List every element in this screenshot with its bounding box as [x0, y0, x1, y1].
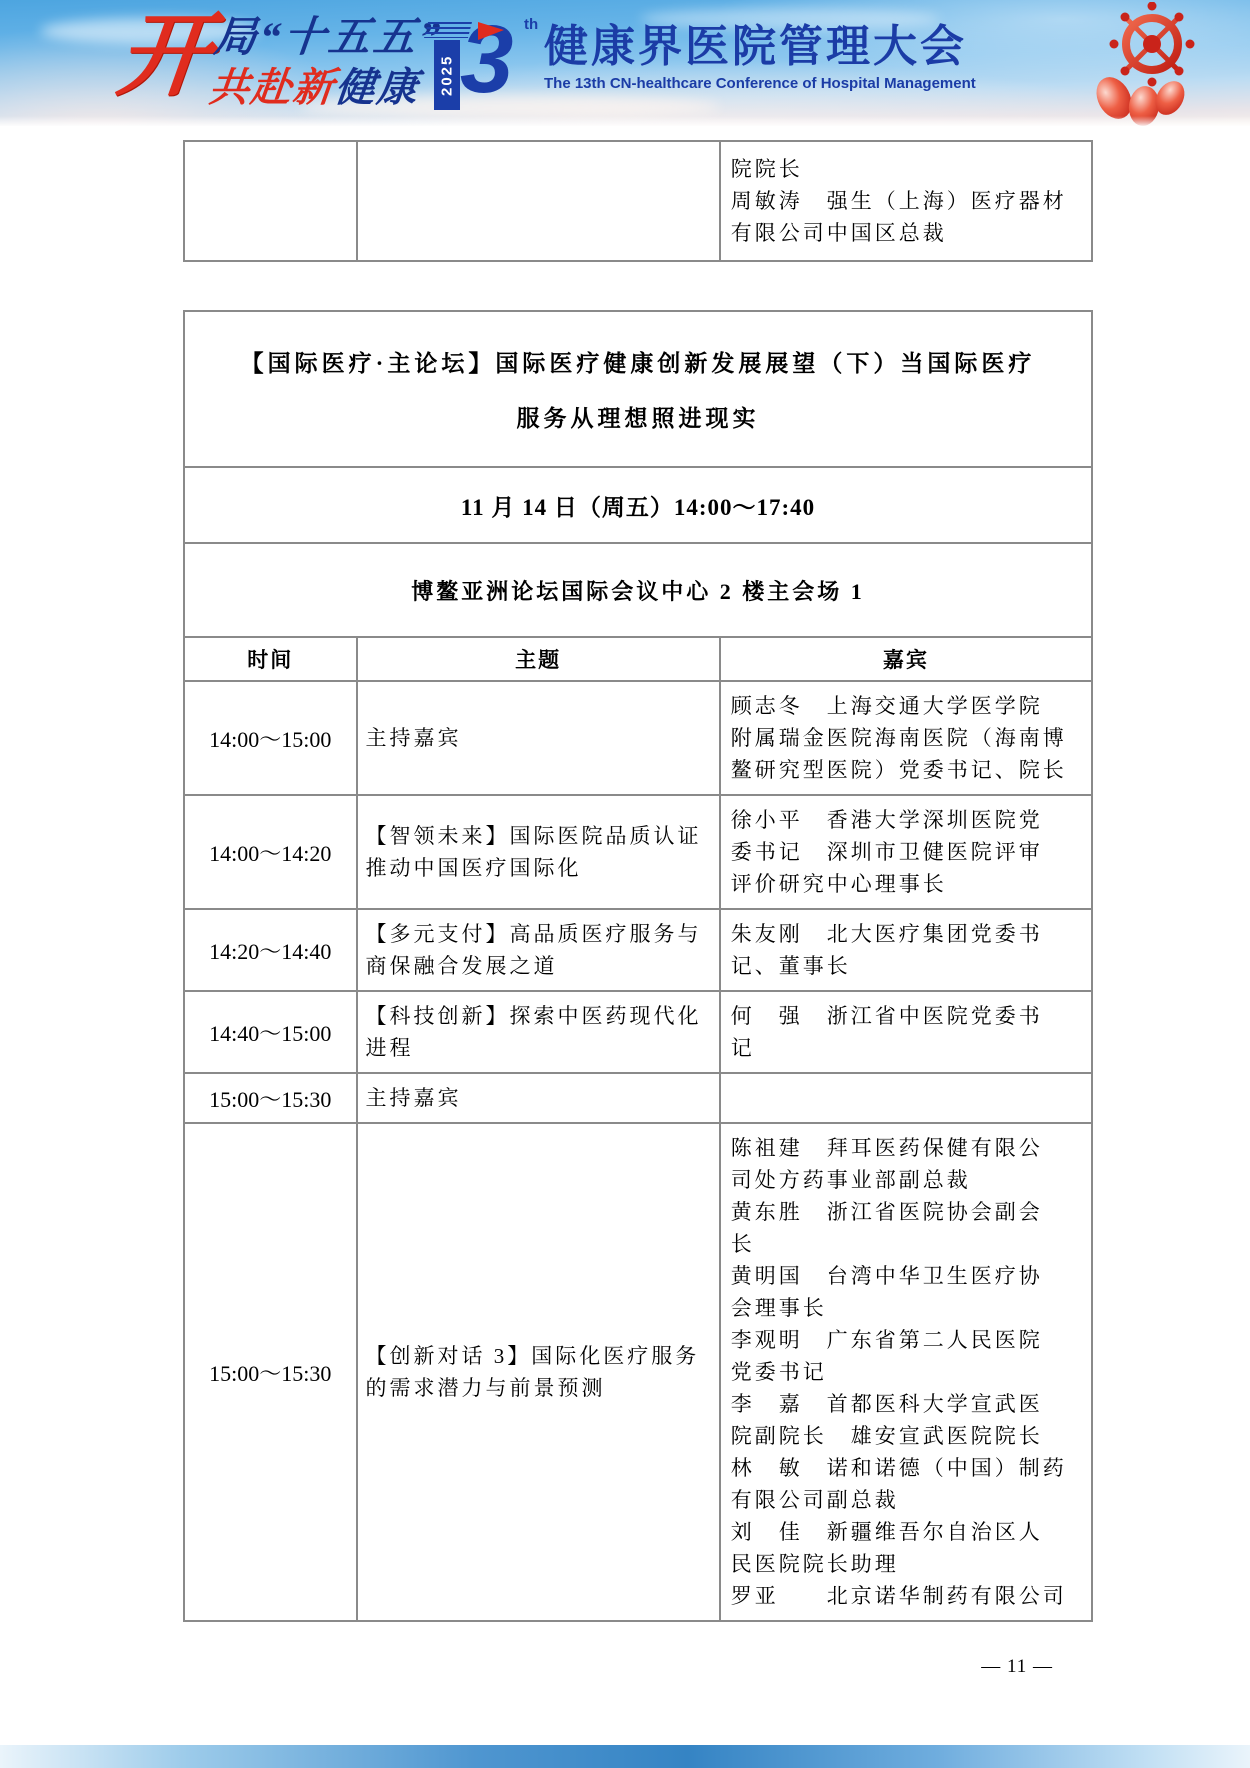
logo-th-superscript: th [524, 16, 538, 33]
time-cell: 14:00～14:20 [184, 795, 357, 909]
table-row: 15:00～15:30 【创新对话 3】国际化医疗服务 的需求潜力与前景预测 陈… [184, 1123, 1092, 1621]
topic-cell: 主持嘉宾 [357, 681, 720, 795]
col-header-time: 时间 [184, 637, 357, 681]
guest-cell: 朱友刚 北大医疗集团党委书 记、董事长 [720, 909, 1092, 991]
carryover-row: 院院长 周敏涛 强生（上海）医疗器材 有限公司中国区总裁 [184, 141, 1092, 261]
page-content: 院院长 周敏涛 强生（上海）医疗器材 有限公司中国区总裁 【国际医疗·主论坛】国… [183, 140, 1093, 1678]
guest-cell: 顾志冬 上海交通大学医学院 附属瑞金医院海南医院（海南博 鳌研究型医院）党委书记… [720, 681, 1092, 795]
time-cell: 15:00～15:30 [184, 1073, 357, 1123]
footer-gradient-bar [0, 1745, 1250, 1768]
document-page: 开 局“十五五” 共赴新健康 2025 3 th 健康界医院管理大会 The 1… [0, 0, 1250, 1768]
table-header-row: 时间 主题 嘉宾 [184, 637, 1092, 681]
conference-banner: 开 局“十五五” 共赴新健康 2025 3 th 健康界医院管理大会 The 1… [0, 0, 1250, 126]
topic-cell: 【多元支付】高品质医疗服务与 商保融合发展之道 [357, 909, 720, 991]
page-number: — 11 — [183, 1656, 1093, 1678]
slogan-kai-character: 开 [113, 8, 215, 104]
session-venue: 博鳌亚洲论坛国际会议中心 2 楼主会场 1 [184, 543, 1092, 637]
table-row: 14:20～14:40 【多元支付】高品质医疗服务与 商保融合发展之道 朱友刚 … [184, 909, 1092, 991]
col-header-guest: 嘉宾 [720, 637, 1092, 681]
banner-slogan: 开 局“十五五” 共赴新健康 [113, 8, 446, 112]
time-cell: 14:00～15:00 [184, 681, 357, 795]
table-row: 14:00～14:20 【智领未来】国际医院品质认证 推动中国医疗国际化 徐小平… [184, 795, 1092, 909]
topic-cell: 【创新对话 3】国际化医疗服务 的需求潜力与前景预测 [357, 1123, 720, 1621]
time-cell: 14:40～15:00 [184, 991, 357, 1073]
logo-13th-emblem: 2025 3 th [420, 22, 538, 114]
logo-red-flag-icon [478, 22, 504, 40]
session-title-row: 【国际医疗·主论坛】国际医疗健康创新发展展望（下）当国际医疗 服务从理想照进现实 [184, 311, 1092, 467]
time-cell: 15:00～15:30 [184, 1123, 357, 1621]
slogan-line2-red: 共赴新 [207, 65, 338, 110]
carryover-guest-cell: 院院长 周敏涛 强生（上海）医疗器材 有限公司中国区总裁 [720, 141, 1092, 261]
guest-cell: 徐小平 香港大学深圳医院党 委书记 深圳市卫健医院评审 评价研究中心理事长 [720, 795, 1092, 909]
table-row: 14:40～15:00 【科技创新】探索中医药现代化 进程 何 强 浙江省中医院… [184, 991, 1092, 1073]
table-row: 14:00～15:00 主持嘉宾 顾志冬 上海交通大学医学院 附属瑞金医院海南医… [184, 681, 1092, 795]
session-table: 【国际医疗·主论坛】国际医疗健康创新发展展望（下）当国际医疗 服务从理想照进现实… [183, 310, 1093, 1622]
session-title: 【国际医疗·主论坛】国际医疗健康创新发展展望（下）当国际医疗 服务从理想照进现实 [184, 311, 1092, 467]
slogan-line1: 局“十五五” [212, 14, 445, 62]
col-header-topic: 主题 [357, 637, 720, 681]
carryover-table: 院院长 周敏涛 强生（上海）医疗器材 有限公司中国区总裁 [183, 140, 1093, 262]
session-datetime: 11 月 14 日（周五）14:00～17:40 [184, 467, 1092, 543]
guest-cell [720, 1073, 1092, 1123]
session-date-row: 11 月 14 日（周五）14:00～17:40 [184, 467, 1092, 543]
table-row: 15:00～15:30 主持嘉宾 [184, 1073, 1092, 1123]
topic-cell: 【科技创新】探索中医药现代化 进程 [357, 991, 720, 1073]
slogan-line2: 共赴新健康 [207, 64, 440, 112]
carryover-time-cell [184, 141, 357, 261]
topic-cell: 【智领未来】国际医院品质认证 推动中国医疗国际化 [357, 795, 720, 909]
conference-title-en: The 13th CN-healthcare Conference of Hos… [544, 74, 976, 94]
conference-title-cn: 健康界医院管理大会 [544, 22, 976, 72]
slogan-line2-blue: 健康 [333, 65, 422, 110]
logo-year-box: 2025 [434, 40, 460, 110]
guest-cell: 陈祖建 拜耳医药保健有限公 司处方药事业部副总裁 黄东胜 浙江省医院协会副会 长… [720, 1123, 1092, 1621]
time-cell: 14:20～14:40 [184, 909, 357, 991]
ship-wheel-icon [1052, 2, 1222, 126]
session-venue-row: 博鳌亚洲论坛国际会议中心 2 楼主会场 1 [184, 543, 1092, 637]
carryover-topic-cell [357, 141, 720, 261]
conference-logo: 2025 3 th 健康界医院管理大会 The 13th CN-healthca… [420, 22, 976, 114]
guest-cell: 何 强 浙江省中医院党委书 记 [720, 991, 1092, 1073]
topic-cell: 主持嘉宾 [357, 1073, 720, 1123]
